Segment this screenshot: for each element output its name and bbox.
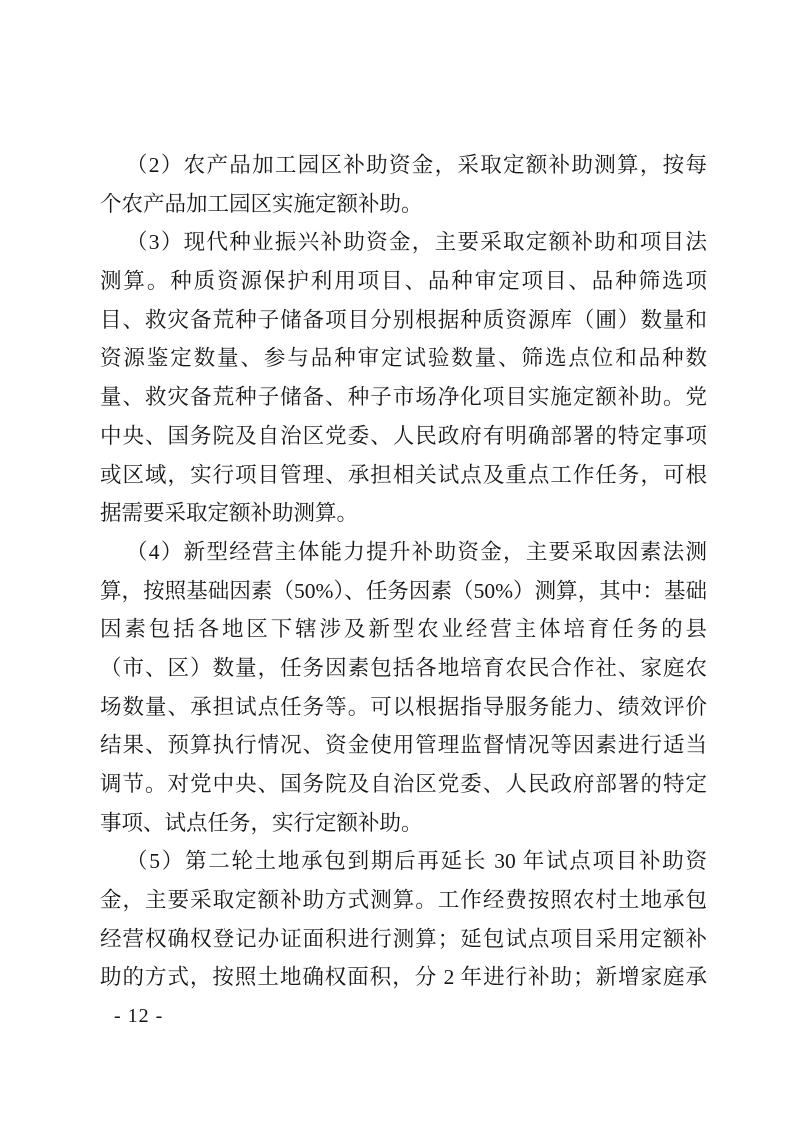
document-line: 事项、试点任务，实行定额补助。: [100, 804, 707, 843]
document-line: 助的方式，按照土地确权面积，分 2 年进行补助；新增家庭承: [100, 958, 707, 997]
document-line: 个农产品加工园区实施定额补助。: [100, 185, 707, 224]
document-line: （3）现代种业振兴补助资金，主要采取定额补助和项目法: [100, 223, 707, 262]
document-line: 测算。种质资源保护利用项目、品种审定项目、品种筛选项: [100, 262, 707, 301]
document-line: （4）新型经营主体能力提升补助资金，主要采取因素法测: [100, 533, 707, 572]
document-line: （市、区）数量，任务因素包括各地培育农民合作社、家庭农: [100, 649, 707, 688]
document-line: 或区域，实行项目管理、承担相关试点及重点工作任务，可根: [100, 456, 707, 495]
document-line: 结果、预算执行情况、资金使用管理监督情况等因素进行适当: [100, 726, 707, 765]
document-line: 因素包括各地区下辖涉及新型农业经营主体培育任务的县: [100, 610, 707, 649]
document-line: 算，按照基础因素（50%）、任务因素（50%）测算，其中：基础: [100, 572, 707, 611]
document-line: 量、救灾备荒种子储备、种子市场净化项目实施定额补助。党: [100, 378, 707, 417]
document-line: 金，主要采取定额补助方式测算。工作经费按照农村土地承包: [100, 881, 707, 920]
document-line: （2）农产品加工园区补助资金，采取定额补助测算，按每: [100, 146, 707, 185]
document-line: （5）第二轮土地承包到期后再延长 30 年试点项目补助资: [100, 842, 707, 881]
document-text-block: （2）农产品加工园区补助资金，采取定额补助测算，按每 个农产品加工园区实施定额补…: [100, 146, 707, 997]
document-page: （2）农产品加工园区补助资金，采取定额补助测算，按每 个农产品加工园区实施定额补…: [0, 0, 789, 1121]
paragraph: （4）新型经营主体能力提升补助资金，主要采取因素法测 算，按照基础因素（50%）…: [100, 533, 707, 843]
document-line: 经营权确权登记办证面积进行测算；延包试点项目采用定额补: [100, 920, 707, 959]
paragraph: （5）第二轮土地承包到期后再延长 30 年试点项目补助资 金，主要采取定额补助方…: [100, 842, 707, 997]
document-line: 调节。对党中央、国务院及自治区党委、人民政府部署的特定: [100, 765, 707, 804]
document-line: 中央、国务院及自治区党委、人民政府有明确部署的特定事项: [100, 417, 707, 456]
paragraph: （3）现代种业振兴补助资金，主要采取定额补助和项目法 测算。种质资源保护利用项目…: [100, 223, 707, 533]
document-line: 场数量、承担试点任务等。可以根据指导服务能力、绩效评价: [100, 688, 707, 727]
paragraph: （2）农产品加工园区补助资金，采取定额补助测算，按每 个农产品加工园区实施定额补…: [100, 146, 707, 223]
page-number: - 12 -: [114, 1003, 163, 1029]
document-line: 据需要采取定额补助测算。: [100, 494, 707, 533]
document-line: 资源鉴定数量、参与品种审定试验数量、筛选点位和品种数: [100, 339, 707, 378]
document-line: 目、救灾备荒种子储备项目分别根据种质资源库（圃）数量和: [100, 301, 707, 340]
